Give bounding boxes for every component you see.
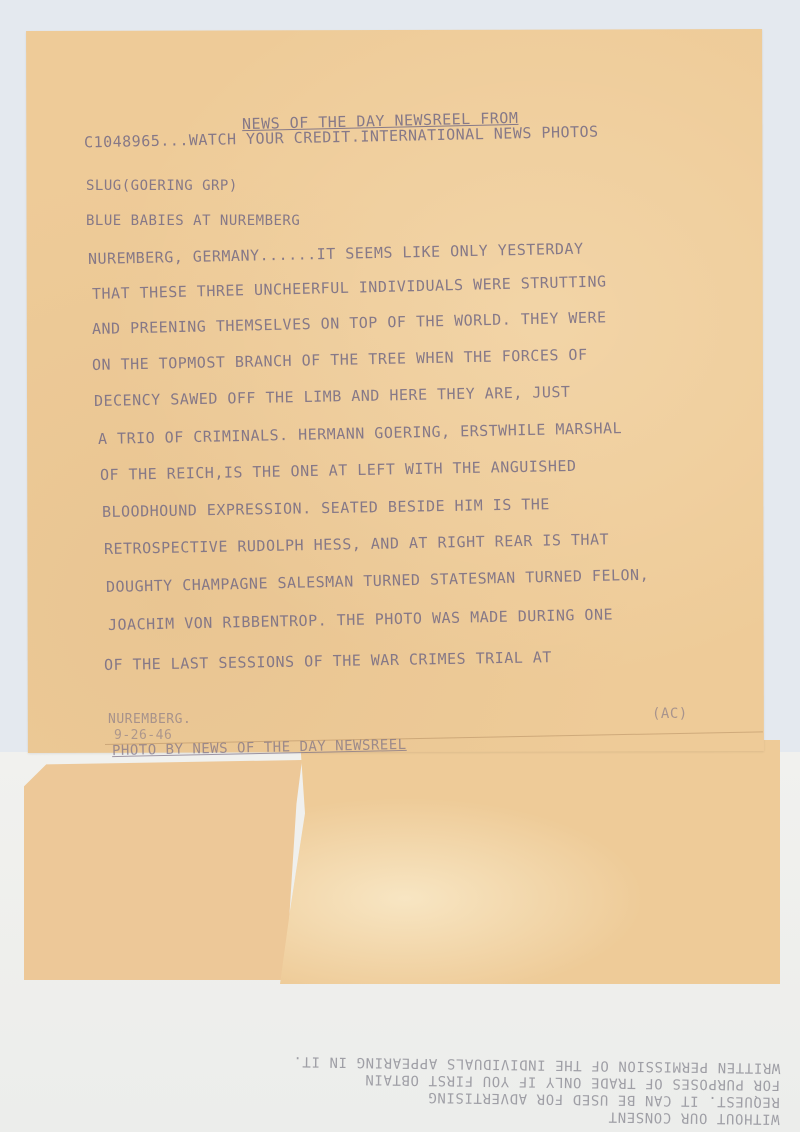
reverse-copyright-notice: WITHOUT OUR CONSENT REQUEST. IT CAN BE U… — [220, 1051, 781, 1127]
torn-paper-fragment-right — [280, 740, 780, 984]
initials: (AC) — [652, 706, 688, 722]
dateline-place: NUREMBERG. — [108, 712, 191, 727]
headline: BLUE BABIES AT NUREMBERG — [86, 213, 300, 229]
date-stamp: 9-26-46 — [114, 728, 172, 743]
slug-line: SLUG(GOERING GRP) — [86, 178, 238, 194]
torn-paper-fragment-left — [24, 760, 302, 980]
